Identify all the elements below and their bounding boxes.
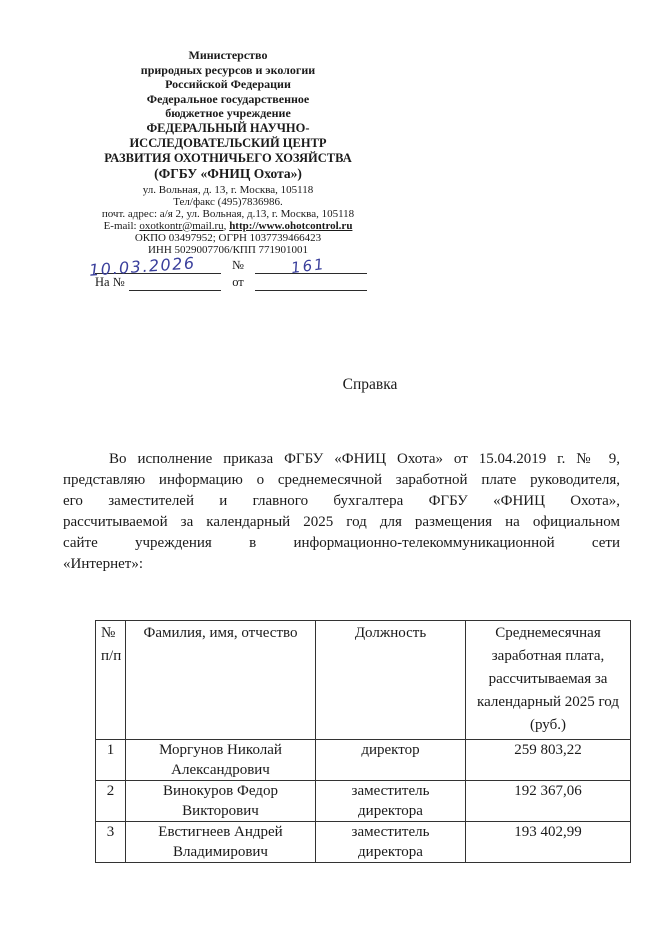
number-sign-label: № — [227, 258, 249, 274]
header-cell-name: Фамилия, имя, отчество — [126, 621, 316, 740]
header-cell-salary: Среднемесячная заработная плата, рассчит… — [466, 621, 631, 740]
reply-date-underline — [255, 273, 367, 291]
cell-number: 1 — [96, 740, 126, 781]
body-paragraph: Во исполнение приказа ФГБУ «ФНИЦ Охота» … — [63, 449, 620, 575]
letterhead-org-block: Министерство природных ресурсов и эколог… — [88, 48, 368, 182]
header-cell-number: № п/п — [96, 621, 126, 740]
body-line: представляю информацию о среднемесячной … — [63, 470, 620, 491]
table-row: 1 Моргунов Николай Александрович директо… — [96, 740, 631, 781]
letterhead-org-short-name: (ФГБУ «ФНИЦ Охота») — [88, 166, 368, 182]
cell-name: Евстигнеев Андрей Владимирович — [126, 822, 316, 863]
cell-number: 3 — [96, 822, 126, 863]
table-row: 3 Евстигнеев Андрей Владимирович замести… — [96, 822, 631, 863]
cell-salary: 259 803,22 — [466, 740, 631, 781]
letterhead-org-name: ИССЛЕДОВАТЕЛЬСКИЙ ЦЕНТР — [88, 136, 368, 151]
body-line: «Интернет»: — [63, 554, 620, 575]
body-line: его заместителей и главного бухгалтера Ф… — [63, 491, 620, 512]
table-header-row: № п/п Фамилия, имя, отчество Должность С… — [96, 621, 631, 740]
letterhead-line: Федеральное государственное — [88, 92, 368, 107]
letterhead-org-name: ФЕДЕРАЛЬНЫЙ НАУЧНО- — [88, 121, 368, 136]
reply-number-underline — [129, 273, 221, 291]
cell-position: заместитель директора — [316, 781, 466, 822]
email-website-line: E-mail: oxotkontr@mail.ru, http://www.oh… — [88, 220, 368, 232]
letterhead: Министерство природных ресурсов и эколог… — [88, 48, 368, 256]
letterhead-line: Российской Федерации — [88, 77, 368, 92]
date-underline: 10.03.2026 — [95, 256, 221, 274]
postal-address-line: почт. адрес: а/я 2, ул. Вольная, д.13, г… — [88, 208, 368, 220]
cell-name: Винокуров Федор Викторович — [126, 781, 316, 822]
cell-number: 2 — [96, 781, 126, 822]
okpo-ogrn-line: ОКПО 03497952; ОГРН 1037739466423 — [88, 232, 368, 244]
table-row: 2 Винокуров Федор Викторович заместитель… — [96, 781, 631, 822]
number-underline: 161 — [255, 256, 367, 274]
body-line: Во исполнение приказа ФГБУ «ФНИЦ Охота» … — [63, 449, 620, 470]
cell-position: директор — [316, 740, 466, 781]
cell-position: заместитель директора — [316, 822, 466, 863]
ot-label: от — [227, 275, 249, 291]
letterhead-line: природных ресурсов и экологии — [88, 63, 368, 78]
salary-table: № п/п Фамилия, имя, отчество Должность С… — [95, 620, 631, 863]
letterhead-line: Министерство — [88, 48, 368, 63]
cell-salary: 193 402,99 — [466, 822, 631, 863]
body-line: рассчитываемой за календарный 2025 год д… — [63, 512, 620, 533]
letterhead-org-name: РАЗВИТИЯ ОХОТНИЧЬЕГО ХОЗЯЙСТВА — [88, 151, 368, 166]
website-link: http://www.ohotcontrol.ru — [229, 220, 352, 232]
address-line: ул. Вольная, д. 13, г. Москва, 105118 — [88, 184, 368, 196]
body-line: сайте учреждения в информационно-телеком… — [63, 533, 620, 554]
reply-reference-row: На № от — [95, 274, 367, 291]
document-page: Министерство природных ресурсов и эколог… — [0, 0, 668, 947]
cell-salary: 192 367,06 — [466, 781, 631, 822]
letterhead-line: бюджетное учреждение — [88, 106, 368, 121]
phone-line: Тел/факс (495)7836986. — [88, 196, 368, 208]
cell-name: Моргунов Николай Александрович — [126, 740, 316, 781]
document-title: Справка — [90, 376, 650, 394]
email-link: oxotkontr@mail.ru, — [139, 220, 226, 232]
reference-lines: 10.03.2026 № 161 На № от — [95, 257, 367, 291]
email-label: E-mail: — [104, 220, 140, 232]
letterhead-contacts: ул. Вольная, д. 13, г. Москва, 105118 Те… — [88, 184, 368, 256]
inn-kpp-line: ИНН 5029007706/КПП 771901001 — [88, 244, 368, 256]
header-cell-position: Должность — [316, 621, 466, 740]
date-number-row: 10.03.2026 № 161 — [95, 257, 367, 274]
